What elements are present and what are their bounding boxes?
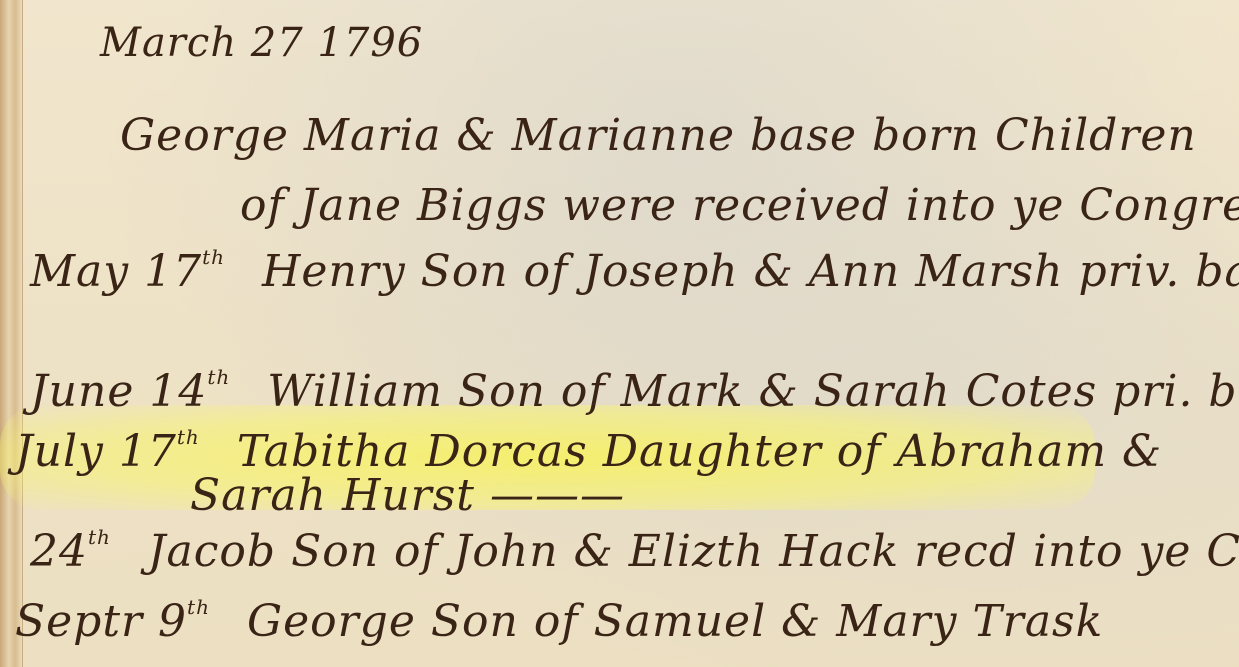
entry-6-date: Septr 9th	[15, 595, 210, 647]
entry-4-date: July 17th	[15, 425, 200, 477]
entry-4-line-2: Sarah Hurst ———	[190, 470, 625, 521]
entry-3-date: June 14th	[30, 365, 230, 417]
entry-5-date: 24th	[30, 525, 111, 577]
entry-2-date: May 17th	[30, 245, 225, 297]
entry-5: 24th Jacob Son of John & Elizth Hack rec…	[30, 525, 1239, 577]
entry-1-line-1: George Maria & Marianne base born Childr…	[120, 110, 1197, 161]
entry-6-text: George Son of Samuel & Mary Trask	[247, 596, 1103, 647]
entry-3: June 14th William Son of Mark & Sarah Co…	[30, 365, 1239, 417]
register-page: March 27 1796 George Maria & Marianne ba…	[0, 0, 1239, 667]
entry-5-text: Jacob Son of John & Elizth Hack recd int…	[148, 526, 1239, 577]
entry-1-line-2: of Jane Biggs were received into ye Cong…	[240, 180, 1239, 231]
entry-6: Septr 9th George Son of Samuel & Mary Tr…	[15, 595, 1125, 647]
entry-3-text: William Son of Mark & Sarah Cotes pri. b…	[267, 366, 1239, 417]
page-heading-date: March 27 1796	[100, 20, 423, 66]
entry-2-text: Henry Son of Joseph & Ann Marsh priv. ba…	[262, 246, 1239, 297]
entry-2: May 17th Henry Son of Joseph & Ann Marsh…	[30, 245, 1239, 297]
page-binding-edge	[0, 0, 23, 667]
